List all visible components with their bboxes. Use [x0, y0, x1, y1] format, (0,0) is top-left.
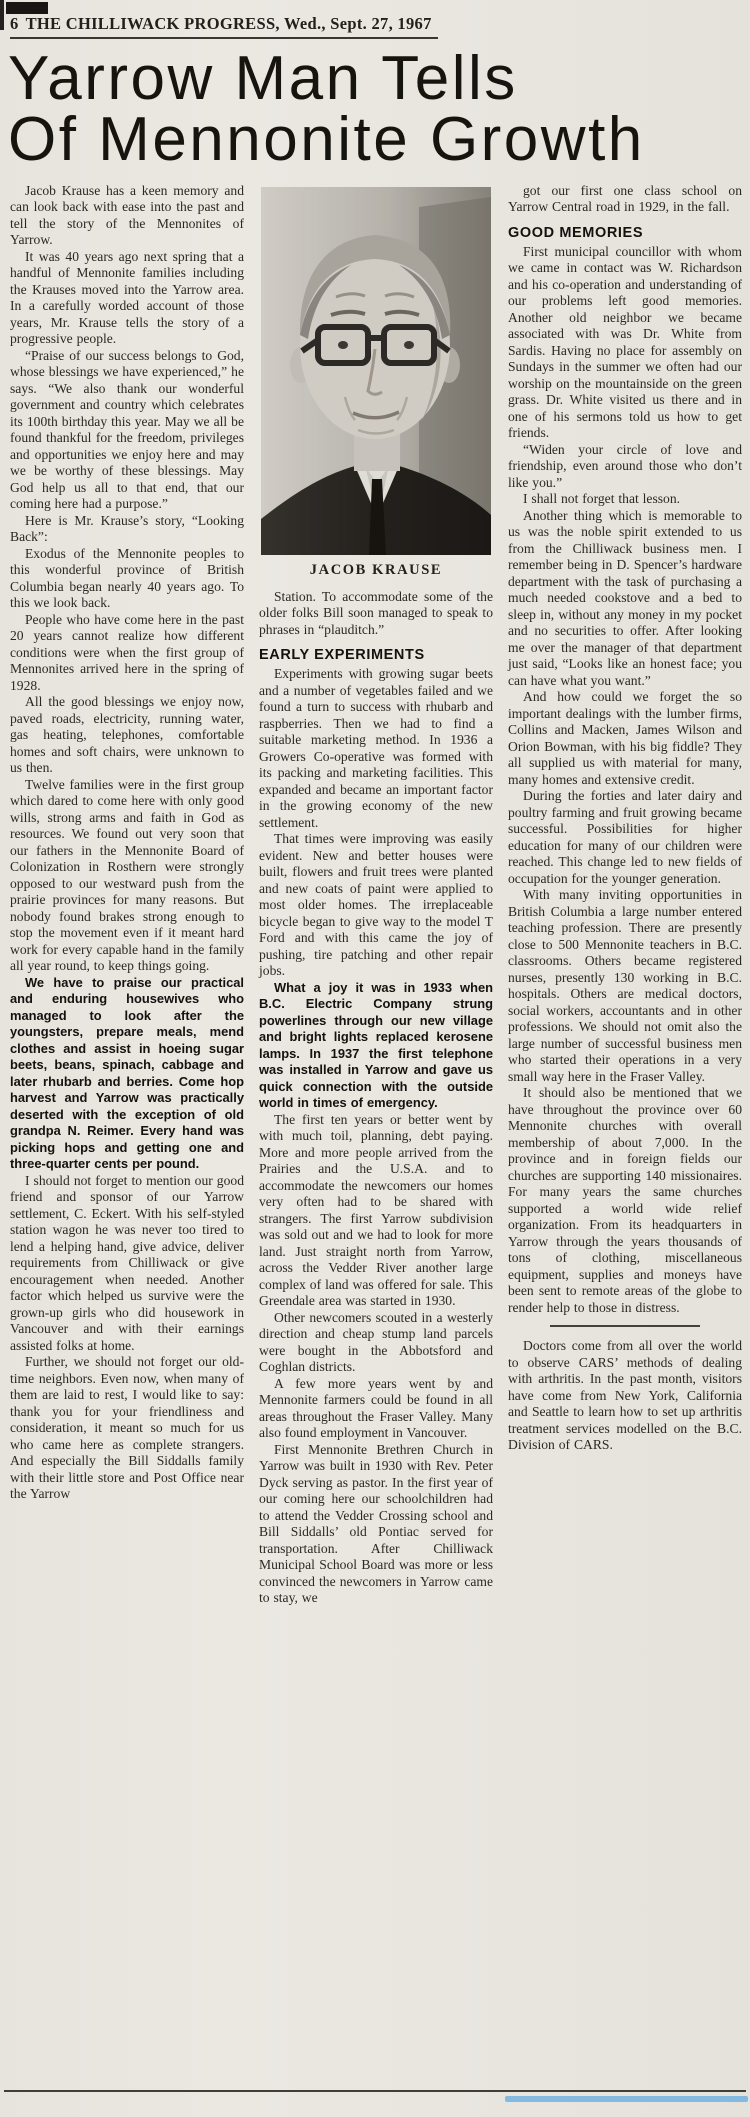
paragraph: Other newcomers scouted in a westerly di…	[259, 1310, 493, 1376]
paragraph: It should also be mentioned that we have…	[508, 1085, 742, 1316]
subheading-early-experiments: EARLY EXPERIMENTS	[259, 647, 493, 663]
article-headline: Yarrow Man Tells Of Mennonite Growth	[8, 49, 750, 171]
page-number: 6	[10, 14, 19, 33]
paragraph: During the forties and later dairy and p…	[508, 788, 742, 887]
scan-edge-artifact	[0, 0, 4, 30]
scan-highlight-line	[505, 2096, 748, 2102]
masthead: 6THE CHILLIWACK PROGRESS, Wed., Sept. 27…	[10, 14, 438, 39]
photo-block	[261, 187, 491, 555]
bold-paragraph: What a joy it was in 1933 when B.C. Elec…	[259, 980, 493, 1112]
paragraph: I should not forget to mention our good …	[10, 1173, 244, 1355]
paragraph: With many inviting opportunities in Brit…	[508, 887, 742, 1085]
photo-caption: JACOB KRAUSE	[259, 562, 493, 579]
paragraph: Station. To accommodate some of the olde…	[259, 589, 493, 639]
paragraph: People who have come here in the past 20…	[10, 612, 244, 695]
subheading-good-memories: GOOD MEMORIES	[508, 225, 742, 241]
column-1: Jacob Krause has a keen memory and can l…	[10, 183, 244, 1607]
paragraph: It was 40 years ago next spring that a h…	[10, 249, 244, 348]
paragraph: “Praise of our success belongs to God, w…	[10, 348, 244, 513]
article-body: Jacob Krause has a keen memory and can l…	[0, 183, 750, 1607]
bold-paragraph: We have to praise our practical and endu…	[10, 975, 244, 1173]
paragraph: Jacob Krause has a keen memory and can l…	[10, 183, 244, 249]
paragraph: The first ten years or better went by wi…	[259, 1112, 493, 1310]
paragraph: Doctors come from all over the world to …	[508, 1338, 742, 1454]
paragraph: That times were improving was easily evi…	[259, 831, 493, 980]
paragraph: got our first one class school on Yarrow…	[508, 183, 742, 216]
paragraph: And how could we forget the so important…	[508, 689, 742, 788]
paragraph: Further, we should not forget our old-ti…	[10, 1354, 244, 1503]
scan-ink-mark	[6, 2, 48, 14]
bottom-rule	[4, 2090, 746, 2092]
headline-line-2: Of Mennonite Growth	[8, 110, 750, 171]
paragraph: I shall not forget that lesson.	[508, 491, 742, 508]
paragraph: Exodus of the Mennonite peoples to this …	[10, 546, 244, 612]
headline-line-1: Yarrow Man Tells	[8, 49, 750, 110]
column-2: JACOB KRAUSE Station. To accommodate som…	[259, 183, 493, 1607]
paragraph: A few more years went by and Mennonite f…	[259, 1376, 493, 1442]
paragraph: Here is Mr. Krause’s story, “Looking Bac…	[10, 513, 244, 546]
paragraph: All the good blessings we enjoy now, pav…	[10, 694, 244, 777]
paragraph: Twelve families were in the first group …	[10, 777, 244, 975]
section-divider	[550, 1325, 700, 1327]
paragraph: Another thing which is memorable to us w…	[508, 508, 742, 690]
jacob-krause-photo	[261, 187, 491, 555]
paragraph: “Widen your circle of love and friendshi…	[508, 442, 742, 492]
newspaper-page: 6THE CHILLIWACK PROGRESS, Wed., Sept. 27…	[0, 0, 750, 2117]
paragraph: Experiments with growing sugar beets and…	[259, 666, 493, 831]
paragraph: First municipal councillor with whom we …	[508, 244, 742, 442]
paragraph: First Mennonite Brethren Church in Yarro…	[259, 1442, 493, 1607]
column-3: got our first one class school on Yarrow…	[508, 183, 742, 1607]
masthead-title: THE CHILLIWACK PROGRESS, Wed., Sept. 27,…	[26, 14, 432, 33]
